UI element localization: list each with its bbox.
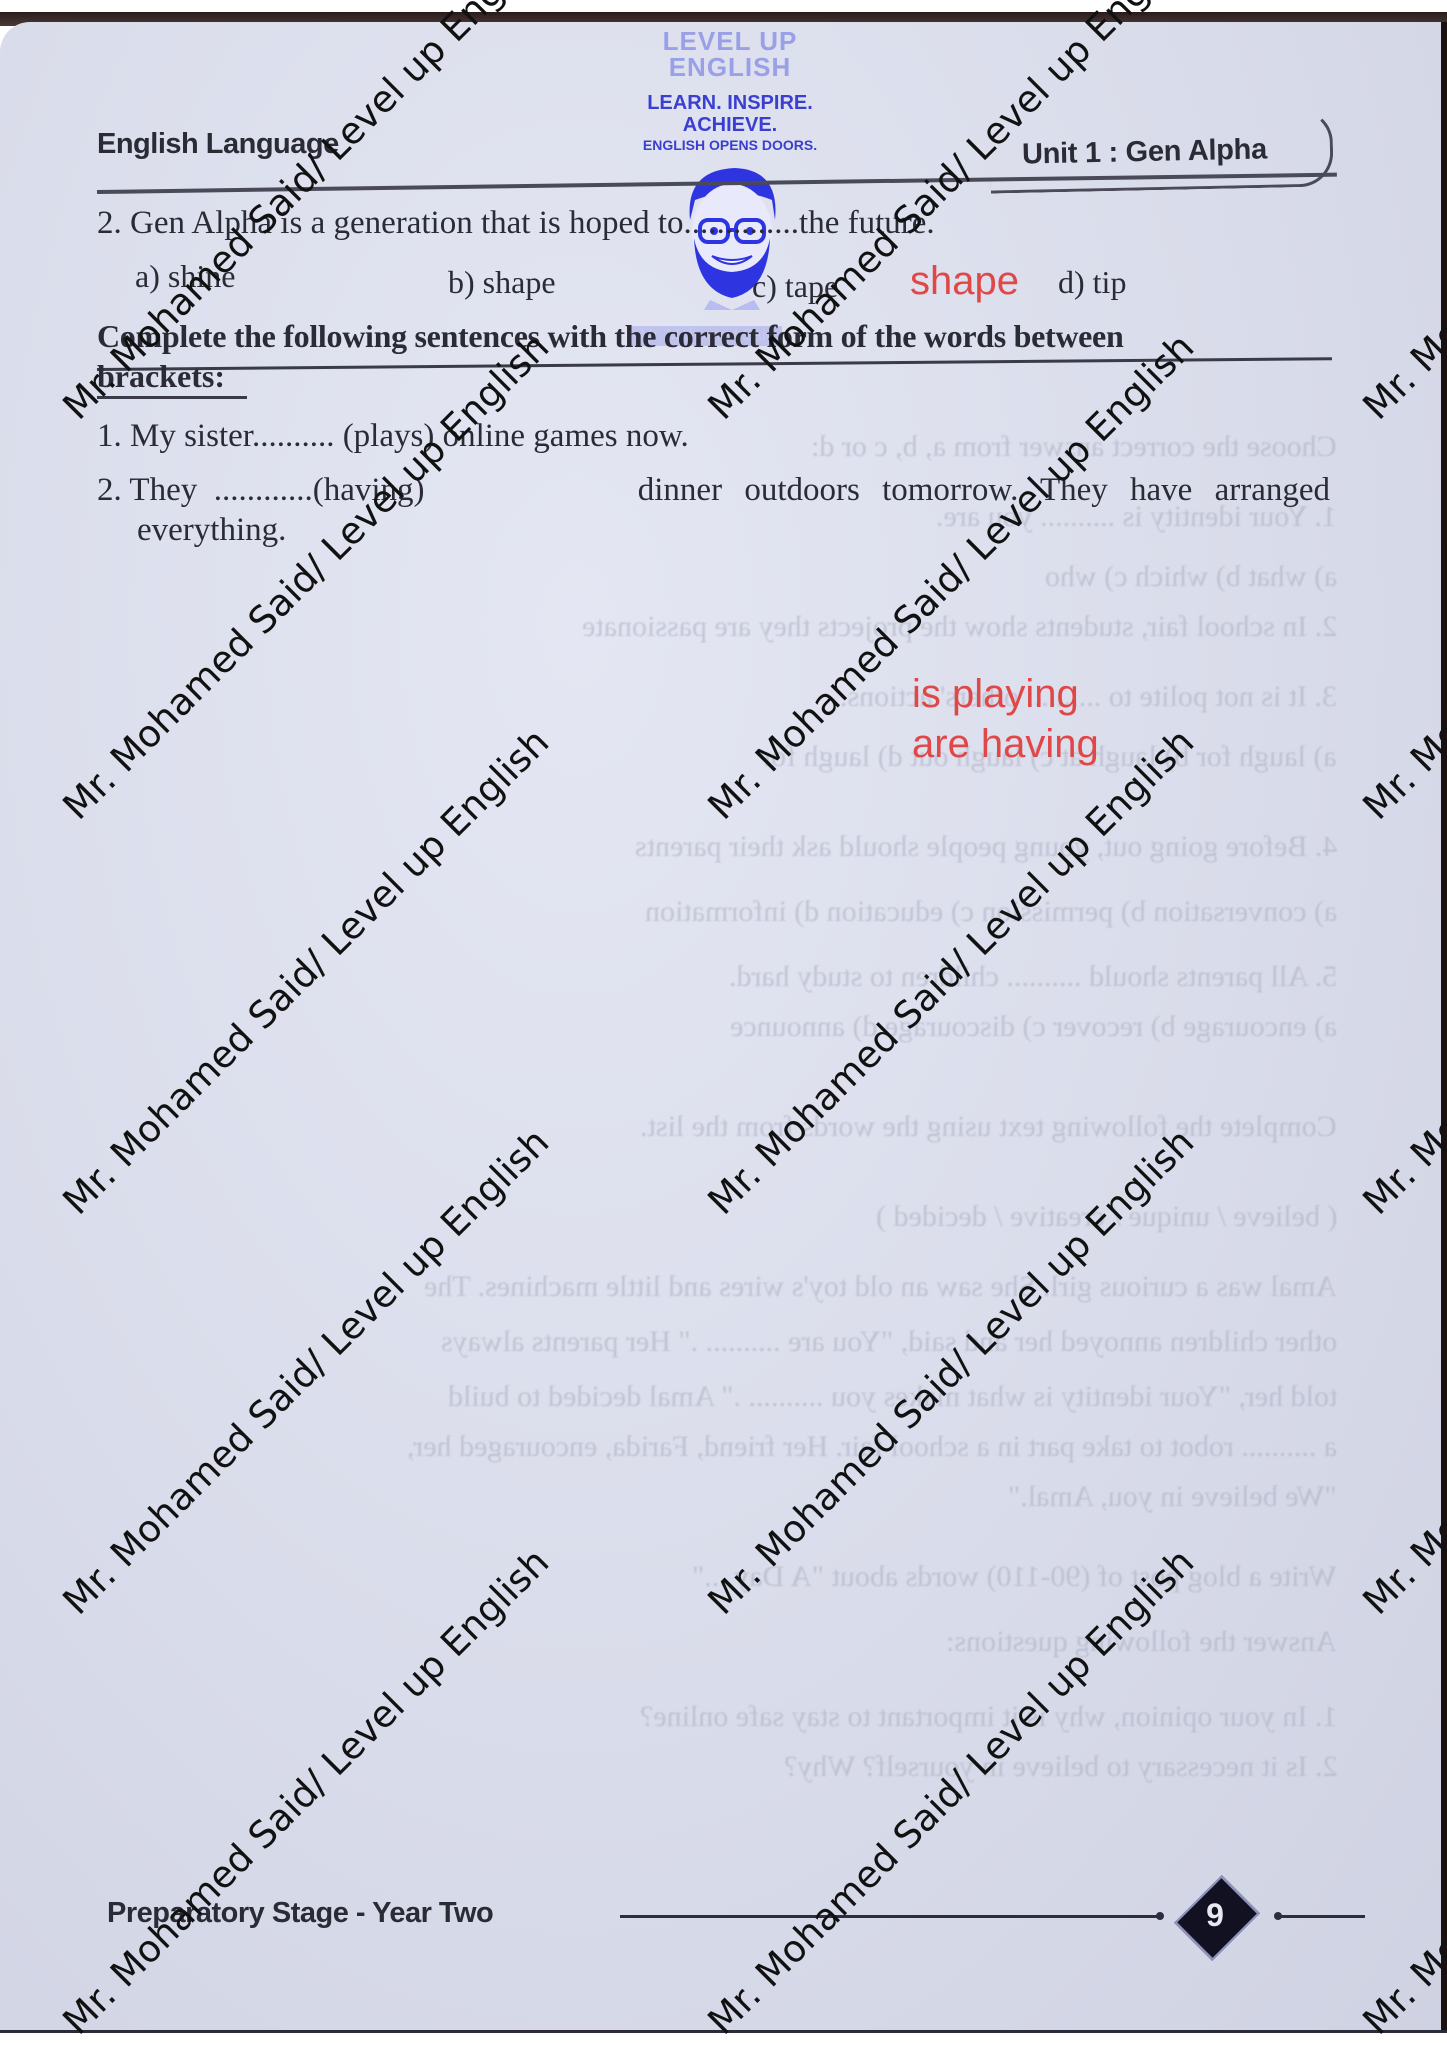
mcq-question-start: Gen Alpha is a generation that is hoped … [130,205,684,241]
sentence-2-rest: dinner outdoors tomorrow. They have arra… [638,472,1330,509]
bleed-line: "We believe in you, Amal." [1008,1480,1337,1514]
page-number: 9 [1180,1897,1250,1934]
logo-tagline-1: LEARN. INSPIRE. [610,92,850,114]
logo-brand-line1: LEVEL UP [610,28,850,54]
bleed-line: Write a blog post of (90-110) words abou… [692,1560,1337,1594]
section-instruction: Complete the following sentences with th… [97,318,1123,355]
sentence-1: 1. My sister.......... (plays) online ga… [97,418,689,455]
logo-brand-line2: ENGLISH [610,54,850,80]
mcq-option-d: d) tip [1058,264,1126,301]
unit-title: Unit 1 : Gen Alpha [1022,133,1268,171]
bleed-line: 2. Is it necessary to believe in yoursel… [784,1750,1337,1784]
bleed-line: Complete the following text using the wo… [640,1110,1337,1144]
bleed-line: Amal was a curious girl. She saw an old … [424,1270,1337,1304]
logo-tagline-2: ACHIEVE. [610,114,850,136]
page-number-badge: 9 [1180,1881,1250,1951]
logo-tagline-3: ENGLISH OPENS DOORS. [610,136,850,154]
sentence-2-blank: ............ [214,472,313,508]
mcq-option-b: b) shape [448,264,556,301]
sentence-2-continuation: everything. [137,512,286,549]
answer-2: are having [912,722,1099,767]
mcq-number: 2. [97,205,122,241]
sentence-1-text: My sister [130,418,252,454]
bleed-line: 5. All parents should .......... childre… [729,960,1337,994]
bleed-line: other children annoyed her and said, "Yo… [441,1325,1337,1359]
bleed-line: a) what b) which c) who [1045,560,1337,594]
sentence-2: 2. They ............(having) dinner outd… [97,472,1330,509]
bleed-line: 4. Before going out, young people should… [635,830,1337,864]
mcq-blank: .............. [684,205,800,241]
footer-rule-right [1280,1915,1365,1918]
sentence-1-blank: .......... [252,418,335,454]
sentence-2-text: They [129,472,197,508]
footer-dot-left [1156,1912,1164,1920]
sentence-2-number: 2. [97,472,122,508]
level-up-english-logo: LEVEL UP ENGLISH LEARN. INSPIRE. ACHIEVE… [610,28,850,154]
instruction-underline-2 [97,396,247,399]
bleed-line: a) encourage b) recover c) discourage d)… [730,1010,1337,1044]
answer-1: is playing [912,672,1079,717]
sentence-1-number: 1. [97,418,122,454]
bleed-line: 2. In school fair, students show the pro… [582,610,1337,644]
footer-rule-left [620,1915,1160,1918]
mcq-answer-annotation: shape [910,259,1019,304]
